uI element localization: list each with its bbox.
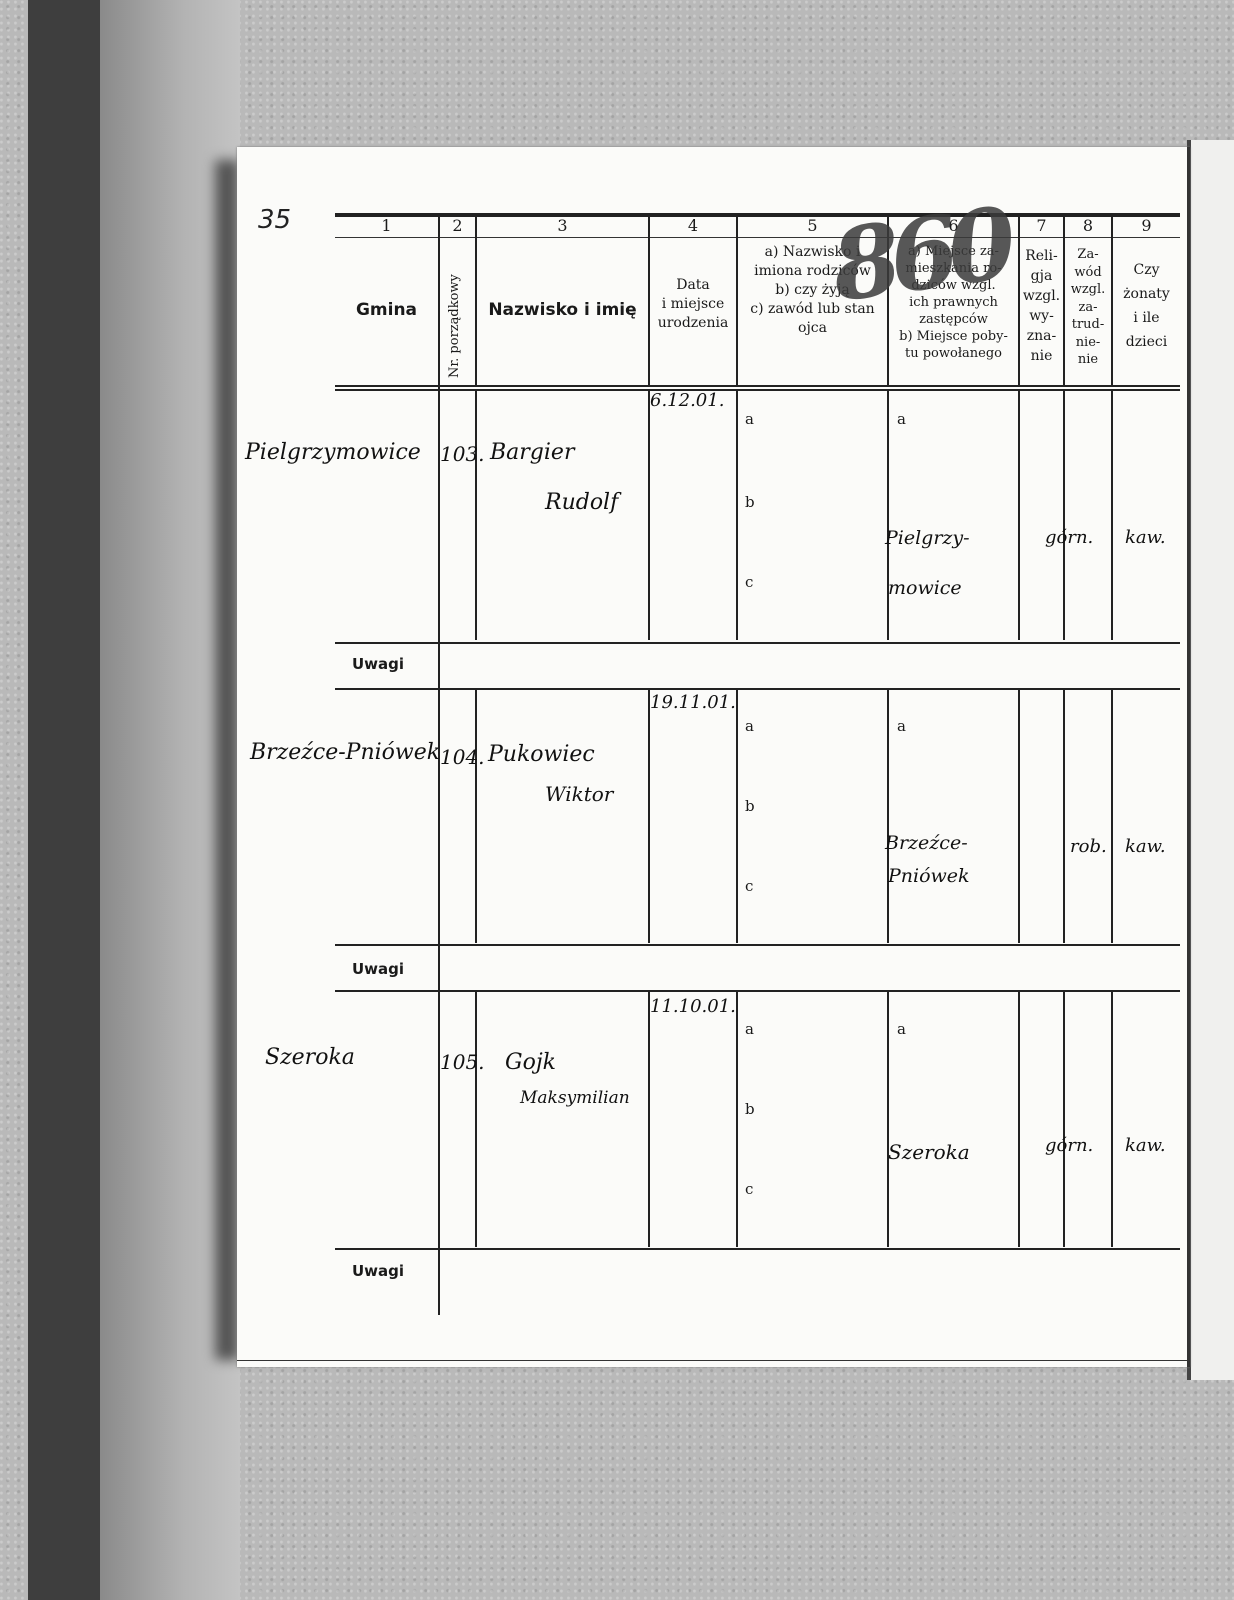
- r2-div-2: [475, 690, 477, 943]
- remarks-label: Uwagi: [352, 655, 404, 673]
- record-given-name: Maksymilian: [520, 1088, 630, 1108]
- r3-div-6: [1018, 992, 1020, 1247]
- sub-label-a: a: [745, 1020, 754, 1038]
- page-number: 35: [258, 205, 291, 235]
- r3-div-8: [1111, 992, 1113, 1247]
- r1-div-8: [1111, 390, 1113, 640]
- record-residence-line2: Pniówek: [888, 865, 970, 887]
- header-nr-porzadkowy: Nr. porządkowy: [447, 274, 462, 378]
- sub-label-c: c: [745, 573, 753, 591]
- header-rodzice: a) Nazwisko i imiona rodziców b) czy żyj…: [738, 243, 887, 338]
- sub-label-b: b: [745, 797, 755, 815]
- record-marital-status: kaw.: [1125, 527, 1166, 548]
- r3-div-3: [648, 992, 650, 1247]
- record-given-name: Rudolf: [545, 490, 618, 515]
- column-number-4: 4: [650, 216, 736, 235]
- record-gmina: Pielgrzymowice: [245, 440, 421, 465]
- r1-div-3: [648, 390, 650, 640]
- r1-div-2: [475, 390, 477, 640]
- record-number: 103.: [440, 442, 485, 466]
- book-binding: [28, 0, 100, 1600]
- column-number-6: 6: [889, 216, 1018, 235]
- remarks-2-top-rule: [335, 944, 1180, 946]
- record-1-top-rule: [335, 389, 1180, 391]
- record-residence-line2: mowice: [888, 577, 962, 599]
- record-birth-date: 6.12.01.: [650, 390, 724, 411]
- record-gmina: Brzeźce-Pniówek: [250, 740, 440, 765]
- remarks-1-bottom-rule: [335, 688, 1180, 690]
- header-zawod: Za- wód wzgl. za- trud- nie- nie: [1065, 246, 1111, 369]
- sub-label-c: c: [745, 1180, 753, 1198]
- record-occupation: górn.: [1045, 527, 1093, 548]
- adjacent-page-edge: [1187, 140, 1234, 1380]
- sub-label-a: a: [897, 1020, 906, 1038]
- header-data-urodzenia: Data i miejsce urodzenia: [650, 276, 736, 333]
- r3-div-2: [475, 992, 477, 1247]
- r2-div-3: [648, 690, 650, 943]
- remarks-label: Uwagi: [352, 1262, 404, 1280]
- record-number: 105.: [440, 1050, 485, 1074]
- record-residence-line1: Szeroka: [888, 1140, 970, 1164]
- page-bottom-rule: [237, 1360, 1187, 1361]
- header-stan-cywilny: Czy żonaty i ile dzieci: [1113, 258, 1180, 354]
- header-bottom-rule: [335, 385, 1180, 387]
- record-residence-line1: Pielgrzy-: [885, 527, 970, 549]
- r1-div-5: [887, 390, 889, 640]
- record-number: 104.: [440, 745, 485, 769]
- column-number-1: 1: [335, 216, 438, 235]
- r1-div-7: [1063, 390, 1065, 640]
- record-occupation: górn.: [1045, 1135, 1093, 1156]
- record-marital-status: kaw.: [1125, 1135, 1166, 1156]
- record-surname: Pukowiec: [488, 742, 595, 767]
- sub-label-b: b: [745, 1100, 755, 1118]
- r1-div-6: [1018, 390, 1020, 640]
- column-number-7: 7: [1020, 216, 1063, 235]
- r3-div-5: [887, 992, 889, 1247]
- r1-div-4: [736, 390, 738, 640]
- column-number-2: 2: [440, 216, 475, 235]
- sub-label-a: a: [897, 410, 906, 428]
- record-birth-date: 19.11.01.: [650, 692, 736, 713]
- record-residence-line1: Brzeźce-: [885, 832, 968, 854]
- sub-label-a: a: [745, 410, 754, 428]
- remarks-3-top-rule: [335, 1248, 1180, 1250]
- record-occupation: rob.: [1070, 836, 1107, 857]
- record-given-name: Wiktor: [545, 782, 613, 806]
- sub-label-b: b: [745, 493, 755, 511]
- r3-div-7: [1063, 992, 1065, 1247]
- column-number-5: 5: [738, 216, 887, 235]
- header-religia: Reli- gja wzgl. wy- zna- nie: [1020, 246, 1063, 366]
- header-gmina: Gmina: [335, 300, 438, 320]
- page-shadow: [215, 160, 239, 1360]
- r2-div-4: [736, 690, 738, 943]
- record-surname: Gojk: [505, 1050, 556, 1075]
- record-marital-status: kaw.: [1125, 836, 1166, 857]
- header-miejsce-zamieszkania: a) Miejsce za- mieszkania ro- dziców wzg…: [889, 243, 1018, 362]
- sub-label-c: c: [745, 877, 753, 895]
- column-number-3: 3: [477, 216, 648, 235]
- r2-div-5: [887, 690, 889, 943]
- r2-div-6: [1018, 690, 1020, 943]
- header-number-rule: [335, 237, 1180, 238]
- sub-label-a: a: [745, 717, 754, 735]
- remarks-label: Uwagi: [352, 960, 404, 978]
- r2-div-8: [1111, 690, 1113, 943]
- sub-label-a: a: [897, 717, 906, 735]
- column-number-8: 8: [1065, 216, 1111, 235]
- r2-div-7: [1063, 690, 1065, 943]
- column-number-9: 9: [1113, 216, 1180, 235]
- record-birth-date: 11.10.01.: [650, 996, 736, 1017]
- r3-div-4: [736, 992, 738, 1247]
- header-nazwisko-imie: Nazwisko i imię: [477, 300, 648, 320]
- record-surname: Bargier: [490, 440, 574, 465]
- remarks-2-bottom-rule: [335, 990, 1180, 992]
- remarks-1-top-rule: [335, 642, 1180, 644]
- record-gmina: Szeroka: [265, 1045, 355, 1070]
